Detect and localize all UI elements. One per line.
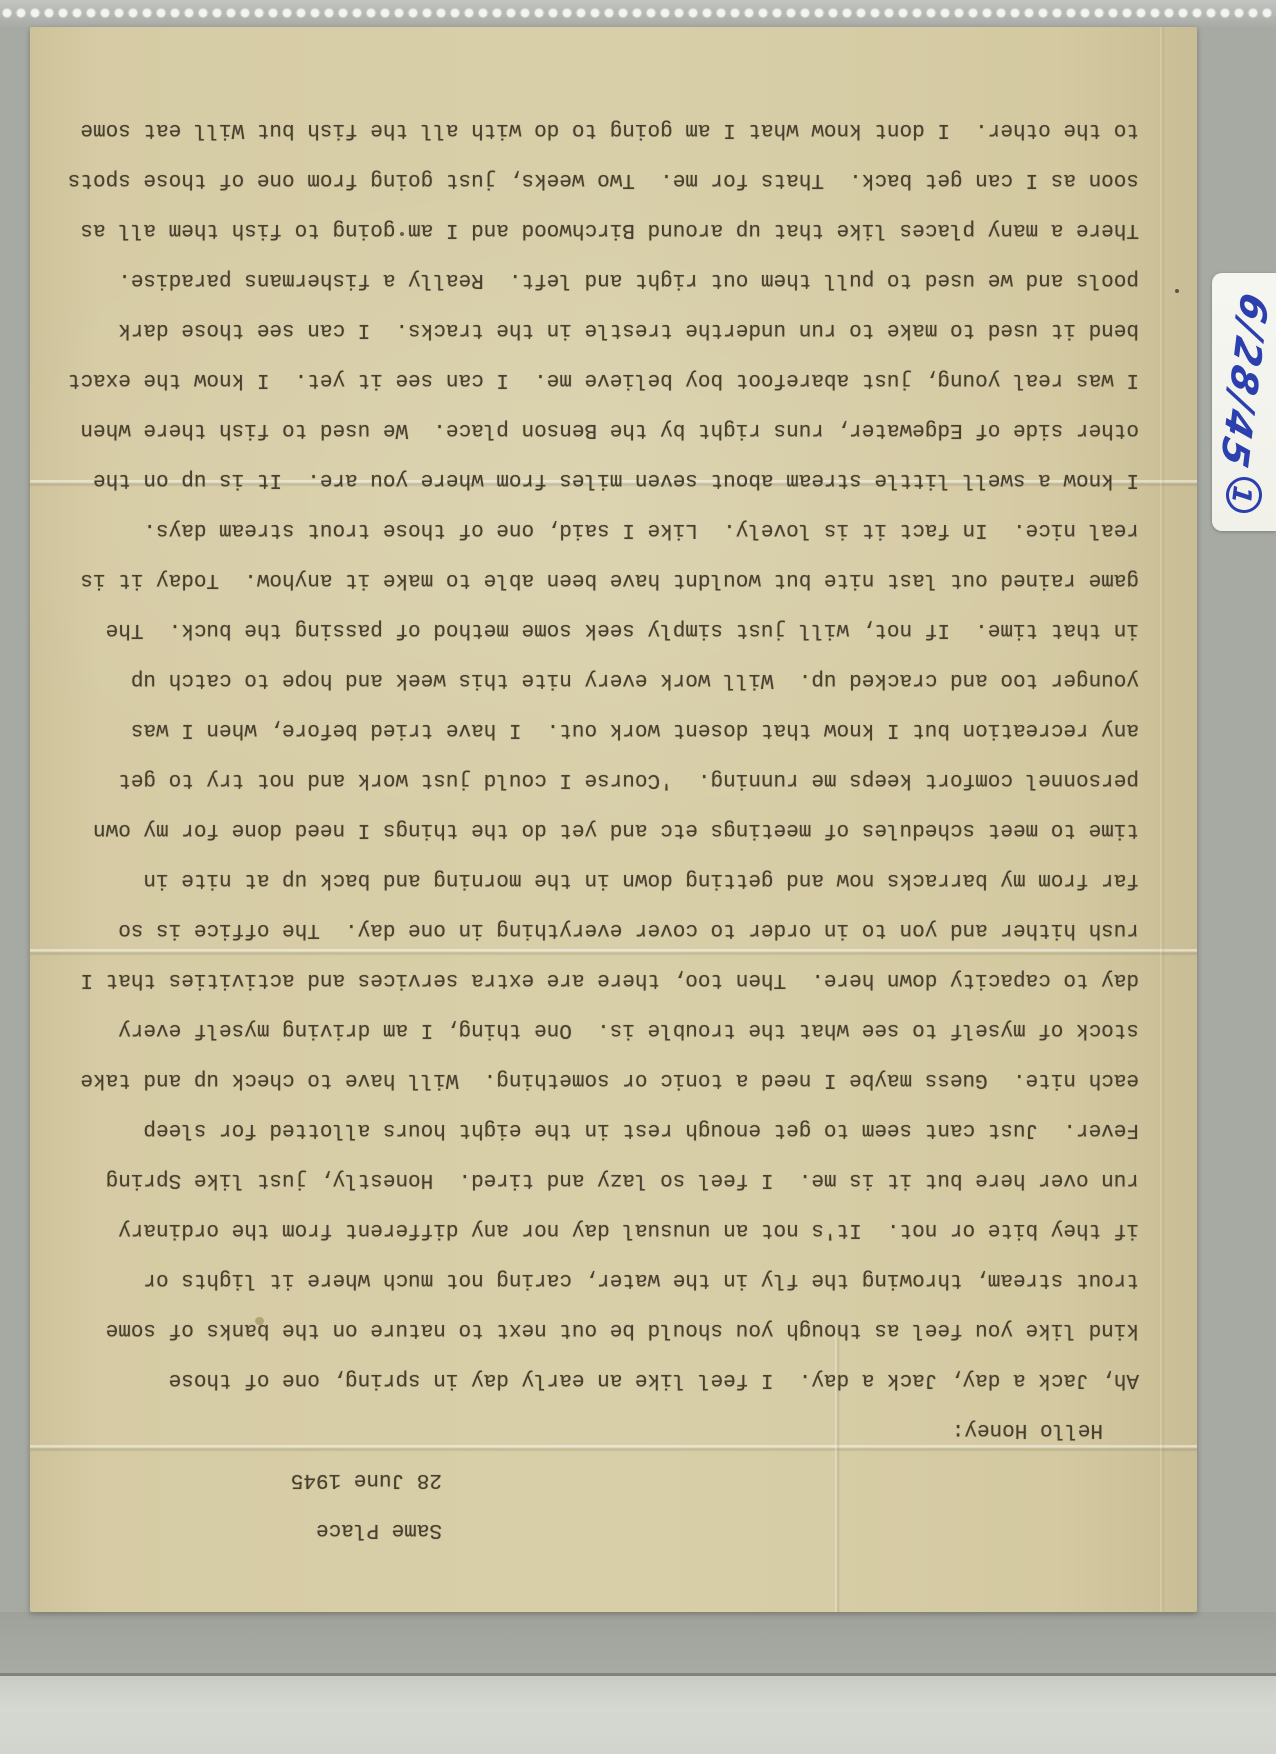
letter-line: soon as I can get back. Thats for me. Tw… (30, 154, 1139, 204)
letter-line: other side of Edgewater, runs right by t… (30, 404, 1139, 454)
letter-paragraph: Ah, Jack a day, Jack a day. I feel like … (30, 504, 1139, 1404)
letter-line: Ah, Jack a day, Jack a day. I feel like … (30, 1354, 1139, 1404)
letter-line: if they bite or not. It's not an unusual… (30, 1204, 1139, 1254)
sleeve-edge-band (0, 1673, 1276, 1754)
letter-line: in that time. If not, will just simply s… (30, 604, 1139, 654)
letter-line: Fever. Just cant seem to get enough rest… (30, 1104, 1139, 1154)
letter-line: pools and we used to pull them out right… (30, 254, 1139, 304)
backing-band (0, 1612, 1276, 1673)
letter-line: stock of myself to see what the trouble … (30, 1004, 1139, 1054)
letter-line: rush hither and yon to in order to cover… (30, 904, 1139, 954)
letter-line: real nice. In fact it is lovely. Like I … (30, 504, 1139, 554)
letter-content: Same Place 28 June 1945 Hello Honey: Ah,… (30, 27, 1197, 1612)
handwritten-date: 6/28/45 (1212, 287, 1276, 474)
letter-body: Ah, Jack a day, Jack a day. I feel like … (30, 104, 1139, 1404)
letter-line: time to meet schedules of meetings etc a… (30, 804, 1139, 854)
letter-line: far from my barracks now and getting dow… (30, 854, 1139, 904)
letter-line: personnel comfort keeps me running. 'Cou… (30, 754, 1139, 804)
letter-line: game rained out last nite but wouldnt ha… (30, 554, 1139, 604)
date-block: Same Place 28 June 1945 (30, 1454, 442, 1554)
binding-strip (0, 0, 1276, 27)
place-line: Same Place (30, 1504, 442, 1554)
binding-perforation-dots (0, 6, 1276, 20)
letter-line: I know a swell little stream about seven… (30, 454, 1139, 504)
letter-line: any recreation but I know that dosent wo… (30, 704, 1139, 754)
letter-line: There a many places like that up around … (30, 204, 1139, 254)
archive-label: 6/28/45 1 (1212, 273, 1276, 531)
letter-line: to the other. I dont know what I am goin… (30, 104, 1139, 154)
letter-line: trout stream, throwing the fly in the wa… (30, 1254, 1139, 1304)
letter-line: bend it used to make to run underthe tre… (30, 304, 1139, 354)
letter-paragraph: I know a swell little stream about seven… (30, 104, 1139, 504)
letter-line: kind like you feel as though you should … (30, 1304, 1139, 1354)
letter-line: younger too and cracked up. Will work ev… (30, 654, 1139, 704)
letter-line: day to capacity down here. Then too, the… (30, 954, 1139, 1004)
letter-sheet: Same Place 28 June 1945 Hello Honey: Ah,… (30, 27, 1197, 1612)
letter-line: run over here but it is me. I feel so la… (30, 1154, 1139, 1204)
greeting: Hello Honey: (30, 1404, 1103, 1454)
page-number-circled: 1 (1224, 475, 1264, 515)
letter-line: I was real young, just abarefoot boy bel… (30, 354, 1139, 404)
letter-line: each nite. Guess maybe I need a tonic or… (30, 1054, 1139, 1104)
date-line: 28 June 1945 (30, 1454, 442, 1504)
